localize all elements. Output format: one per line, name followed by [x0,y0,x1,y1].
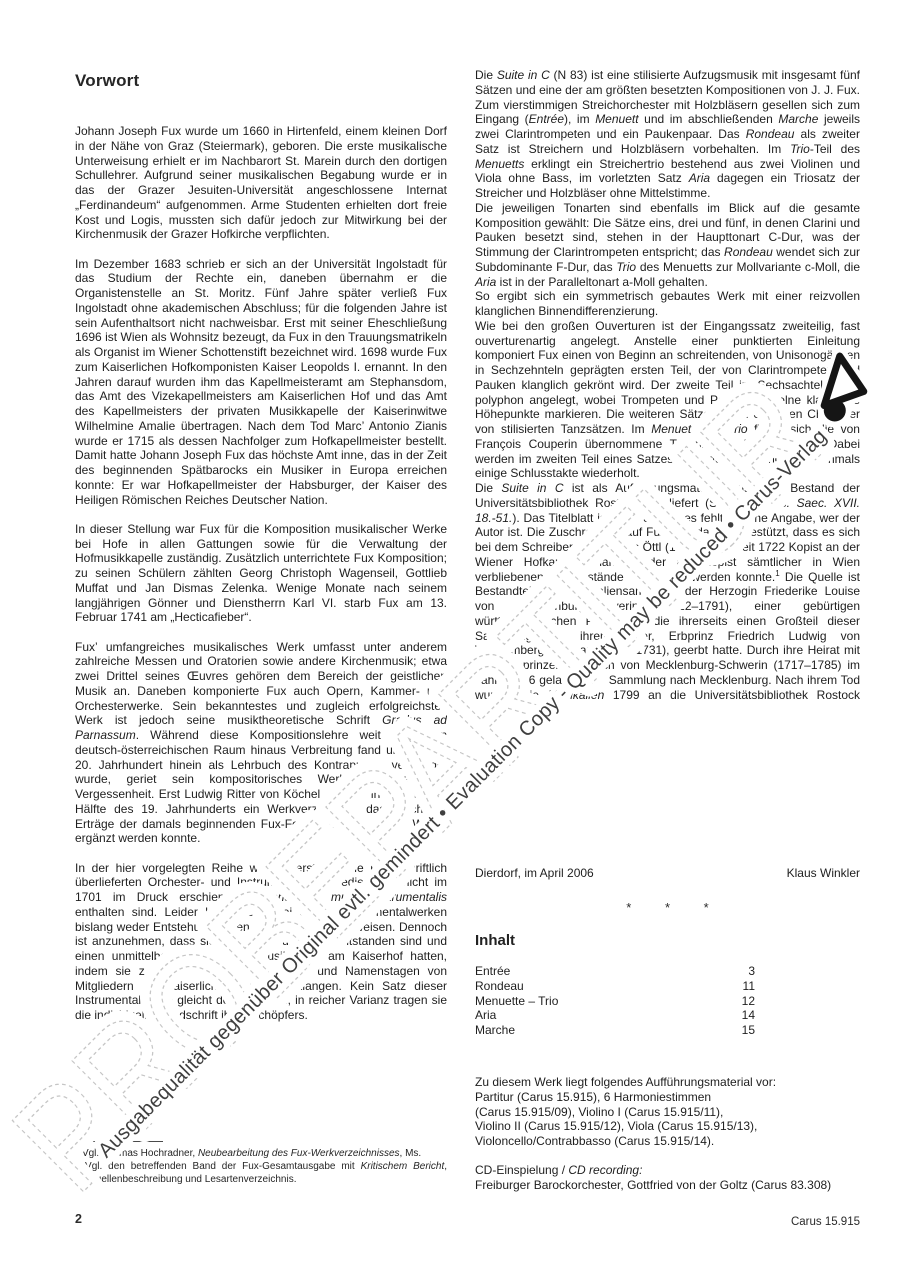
footnotes-section: 1 Vgl. Thomas Hochradner, Neubearbeitung… [75,1141,447,1187]
toc-item-page: 12 [742,994,755,1009]
left-column: Vorwort Johann Joseph Fux wurde um 1660 … [75,68,447,1037]
page-number: 2 [75,1212,82,1226]
toc-item: Marche 15 [475,1023,755,1038]
toc-item: Aria 14 [475,1008,755,1023]
toc-item-page: 14 [742,1008,755,1023]
dateline-place-date: Dierdorf, im April 2006 [475,866,594,881]
paragraph-court-position: In dieser Stellung war Fux für die Kompo… [75,522,447,625]
footnote-1: 1 Vgl. Thomas Hochradner, Neubearbeitung… [75,1147,447,1160]
toc-item-label: Marche [475,1023,515,1038]
right-column: Die Suite in C (N 83) ist eine stilisier… [475,68,860,717]
paragraph-oeuvre: Fux’ umfangreiches musikalisches Werk um… [75,640,447,847]
paragraph-biography-1: Johann Joseph Fux wurde um 1660 in Hirte… [75,124,447,242]
toc-item: Entrée 3 [475,964,755,979]
cd-recording-note: CD-Einspielung / CD recording:Freiburger… [475,1163,860,1193]
edition-number: Carus 15.915 [791,1216,860,1228]
paragraph-symmetry: So ergibt sich ein symmetrisch gebautes … [475,289,860,319]
paragraph-source-description: Die Suite in C ist als Aufführungsmateri… [475,481,860,717]
paragraph-suite-description: Die Suite in C (N 83) ist eine stilisier… [475,68,860,201]
page-title: Vorwort [75,71,447,91]
toc-item-page: 3 [748,964,755,979]
toc-item-page: 15 [742,1023,755,1038]
performance-material-note: Zu diesem Werk liegt folgendes Aufführun… [475,1075,860,1149]
footnote-2-number: 2 [75,1158,79,1167]
toc-item-label: Entrée [475,964,510,979]
footnote-1-number: 1 [75,1145,79,1154]
paragraph-edition-series: In der hier vorgelegten Reihe werden ers… [75,861,447,1023]
document-page: Vorwort Johann Joseph Fux wurde um 1660 … [0,0,900,1274]
right-column-lower: Dierdorf, im April 2006 Klaus Winkler * … [475,866,860,1193]
toc-item: Menuette – Trio 12 [475,994,755,1009]
paragraph-biography-2: Im Dezember 1683 schrieb er sich an der … [75,257,447,508]
contents-heading: Inhalt [475,932,860,949]
toc-item-label: Menuette – Trio [475,994,558,1009]
toc-item: Rondeau 11 [475,979,755,994]
toc-item-label: Rondeau [475,979,524,994]
footnote-2-text: Vgl. den betreffenden Band der Fux-Gesam… [85,1161,447,1185]
toc-item-label: Aria [475,1008,496,1023]
paragraph-overture-analysis: Wie bei den großen Ouverturen ist der Ei… [475,319,860,481]
footnote-1-text: Vgl. Thomas Hochradner, Neubearbeitung d… [82,1148,421,1159]
dateline-author: Klaus Winkler [787,866,860,881]
toc-item-page: 11 [743,979,755,994]
dateline: Dierdorf, im April 2006 Klaus Winkler [475,866,860,881]
contents-list: Entrée 3 Rondeau 11 Menuette – Trio 12 A… [475,964,755,1038]
footnote-rule [75,1141,163,1142]
paragraph-keys: Die jeweiligen Tonarten sind ebenfalls i… [475,201,860,290]
asterisk-separator: * * * [475,900,860,915]
footnote-2: 2 Vgl. den betreffenden Band der Fux-Ges… [75,1160,447,1186]
